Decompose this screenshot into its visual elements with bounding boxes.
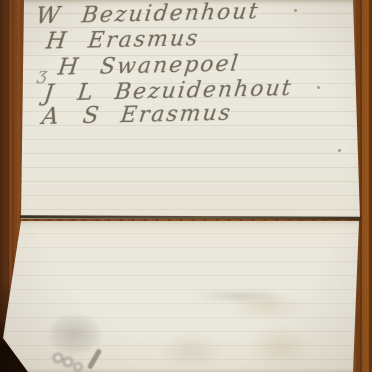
photo-of-handwritten-note: W Bezuidenhout H Erasmus ʒ H Swanepoel J…	[0, 0, 372, 372]
photo-vignette	[0, 0, 372, 372]
